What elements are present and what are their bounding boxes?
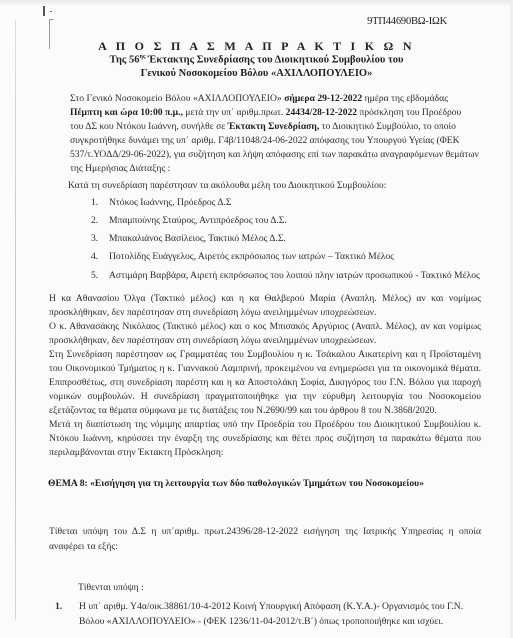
absent-line-3: Ο κ. Αθανασάκης Νικόλαος (Τακτικό μέλος)…	[49, 321, 481, 332]
attendees-line: Μετά τη διαπίστωση της νόμιμης απαρτίας …	[49, 419, 481, 430]
absent-line-4: προσκλήθηκαν, δεν παρέστησαν στη συνεδρί…	[49, 335, 376, 346]
meeting-time: Πέμπτη και ώρα 10:00 π.μ.,	[70, 107, 183, 118]
intro-text: πρόσκληση του Προέδρου	[360, 107, 462, 118]
subtitle-pre: Της 56	[109, 55, 139, 66]
intro-line-3: του ΔΣ κου Ντόκου Ιωάννη, συνήλθε σε Έκτ…	[70, 121, 448, 132]
submission-line: Τίθεται υπόψη του Δ.Σ η υπ΄αριθμ. πρωτ.2…	[49, 526, 481, 537]
invitation-number: 24434/28-12-2022	[286, 107, 357, 118]
member-list-item: 3.Μπακαλιάνος Βασίλειος, Τακτικό Μέλος Δ…	[91, 233, 286, 244]
attendees-line: Ντόκου Ιωάννη, κηρύσσει την έναρξη της σ…	[49, 433, 481, 444]
list-number: 4.	[91, 251, 109, 262]
session-type: Έκτακτη Συνεδρίαση,	[228, 121, 320, 132]
scan-mark	[43, 6, 45, 16]
subtitle-post: Έκτακτης Συνεδρίασης του Διοικητικού Συμ…	[145, 55, 403, 66]
member-name: Αστιμάρη Βαρβάρα, Αιρετή εκπρόσωπος του …	[109, 270, 480, 281]
intro-line-6: της Ημερήσιας Διάταξης :	[70, 163, 170, 174]
absent-line-1: Η κα Αθανασίου Όλγα (Τακτικό μέλος) και …	[49, 293, 481, 304]
considering-list-item: 1.Η υπ΄ αριθμ. Υ4α/οικ.38861/10-4-2012 Κ…	[55, 601, 463, 612]
member-name: Μπαμπούνης Σταύρος, Αντιπρόεδρος του Δ.Σ…	[109, 215, 287, 226]
member-name: Ποτολίδης Ευάγγελος, Αιρετός εκπρόσωπος …	[109, 251, 394, 262]
considering-text: Η υπ΄ αριθμ. Υ4α/οικ.38861/10-4-2012 Κοι…	[79, 601, 463, 612]
list-number: 1.	[55, 601, 79, 612]
document-subtitle-line-2: Γενικού Νοσοκομείου Βόλου «ΑΧΙΛΛΟΠΟΥΛΕΙΟ…	[0, 68, 513, 79]
intro-line-4: συγκροτήθηκε δυνάμει της υπ΄ αριθμ. Γ4β/…	[70, 135, 448, 146]
intro-text: του ΔΣ κου Ντόκου Ιωάννη, συνήλθε σε	[70, 121, 225, 132]
intro-text: Στο Γενικό Νοσοκομείο Βόλου «ΑΧΙΛΛΟΠΟΥΛΕ…	[70, 93, 282, 104]
absent-line-2: προσκλήθηκαν, δεν παρέστησαν στη συνεδρί…	[49, 307, 376, 318]
intro-text: μετά την υπ΄ αριθμ.πρωτ.	[185, 107, 283, 118]
intro-text: ημέρα της εβδομάδας	[365, 93, 448, 104]
theme-heading: ΘΕΜΑ 8: «Εισήγηση για τη λειτουργία των …	[48, 478, 424, 489]
attendees-line: νομικών συμβουλών. Η συνεδρίαση πραγματο…	[49, 391, 481, 402]
considering-label: Τίθενται υπόψη :	[78, 582, 144, 593]
member-list-item: 2.Μπαμπούνης Σταύρος, Αντιπρόεδρος του Δ…	[91, 215, 287, 226]
considering-list-item-cont: Βόλου «ΑΧΙΛΛΟΠΟΥΛΕΙΟ» - (ΦΕΚ 1236/11-04-…	[79, 616, 443, 627]
list-number: 2.	[91, 215, 109, 226]
attendees-line: περιλαμβάνονται στην Έκτακτη Πρόσκληση:	[49, 447, 224, 458]
members-intro: Κατά τη συνεδρίαση παρέστησαν τα ακόλουθ…	[68, 180, 386, 191]
member-name: Ντόκος Ιωάννης, Πρόεδρος Δ.Σ	[109, 197, 232, 208]
member-list-item: 5.Αστιμάρη Βαρβάρα, Αιρετή εκπρόσωπος το…	[91, 270, 480, 281]
scan-mark	[50, 11, 52, 12]
page-top-shadow	[0, 0, 513, 6]
intro-line-5: 537/τ.ΥΟΔΔ/29-06-2022), για συζήτηση και…	[70, 149, 448, 160]
document-id: 9ΤΠ44690ΒΩ-ΙΩΚ	[367, 16, 447, 27]
member-list-item: 1.Ντόκος Ιωάννης, Πρόεδρος Δ.Σ	[91, 197, 232, 208]
attendees-line: εξετάζοντας τα θέματα σύμφωνα με τις δια…	[49, 405, 437, 416]
intro-line-2: Πέμπτη και ώρα 10:00 π.μ., μετά την υπ΄ …	[70, 107, 448, 118]
list-number: 5.	[91, 270, 109, 281]
member-name: Μπακαλιάνος Βασίλειος, Τακτικό Μέλος Δ.Σ…	[109, 233, 286, 244]
attendees-line: Στη Συνεδρίαση παρέστησαν ως Γραμματέας …	[49, 349, 481, 360]
submission-line: αναφέρει τα εξής:	[49, 541, 118, 552]
meeting-date: σήμερα 29-12-2022	[284, 93, 362, 104]
intro-text: το Διοικητικό Συμβούλιο, το οποίο	[322, 121, 456, 132]
member-list-item: 4.Ποτολίδης Ευάγγελος, Αιρετός εκπρόσωπο…	[91, 251, 394, 262]
intro-line-1: Στο Γενικό Νοσοκομείο Βόλου «ΑΧΙΛΛΟΠΟΥΛΕ…	[70, 93, 448, 104]
attendees-line: Επιπροσθέτως, στη συνεδρίαση παρέστη και…	[49, 377, 481, 388]
document-title: Α Π Ο Σ Π Α Σ Μ Α Π Ρ Α Κ Τ Ι Κ Ω Ν	[0, 39, 513, 54]
list-number: 3.	[91, 233, 109, 244]
scan-left-edge	[15, 20, 16, 620]
list-number: 1.	[91, 197, 109, 208]
scan-bracket-mark	[49, 19, 53, 20]
attendees-line: του Οικονομικού Τμήματος η κ. Γιαννακού …	[49, 363, 481, 374]
document-subtitle-line-1: Της 56ης Έκτακτης Συνεδρίασης του Διοικη…	[0, 54, 513, 66]
